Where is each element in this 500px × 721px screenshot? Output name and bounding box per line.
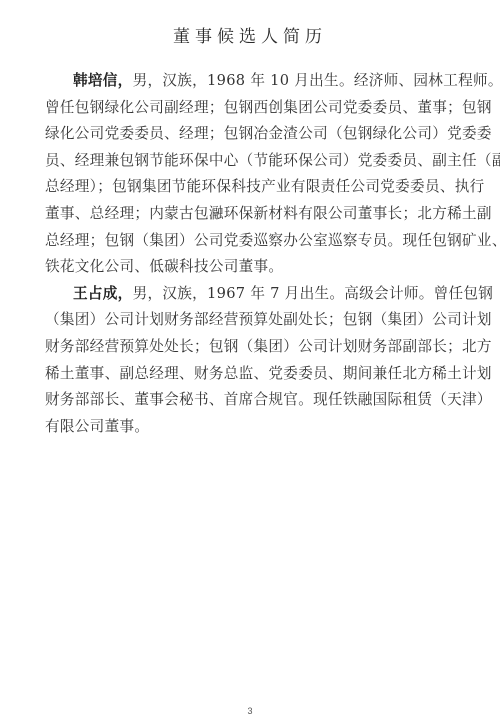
page-number: 3	[0, 706, 500, 716]
bio-line: 财务部部长、董事会秘书、首席合规官。现任铁融国际租赁（天津）	[45, 387, 457, 414]
bio-line: 稀土董事、副总经理、财务总监、党委委员、期间兼任北方稀土计划	[45, 361, 457, 388]
candidate-name: 韩培信，	[73, 72, 133, 89]
candidate-bio-2: 王占成，男，汉族，1967 年 7 月出生。高级会计师。曾任包钢 （集团）公司计…	[45, 281, 457, 441]
bio-line: 绿化公司党委委员、经理；包钢冶金渣公司（包钢绿化公司）党委委	[45, 121, 457, 148]
bio-line: 有限公司董事。	[45, 414, 457, 441]
bio-line: 韩培信，男，汉族，1968 年 10 月出生。经济师、园林工程师。	[45, 68, 457, 95]
bio-text: 男，汉族，1967 年 7 月出生。高级会计师。曾任包钢	[133, 285, 494, 302]
document-body: 韩培信，男，汉族，1968 年 10 月出生。经济师、园林工程师。 曾任包钢绿化…	[45, 68, 457, 440]
candidate-bio-1: 韩培信，男，汉族，1968 年 10 月出生。经济师、园林工程师。 曾任包钢绿化…	[45, 68, 457, 281]
bio-line: 总经理）；包钢集团节能环保科技产业有限责任公司党委委员、执行	[45, 174, 457, 201]
bio-line: （集团）公司计划财务部经营预算处副处长；包钢（集团）公司计划	[45, 307, 457, 334]
bio-text: 男，汉族，1968 年 10 月出生。经济师、园林工程师。	[133, 72, 500, 89]
bio-line: 王占成，男，汉族，1967 年 7 月出生。高级会计师。曾任包钢	[45, 281, 457, 308]
bio-line: 总经理；包钢（集团）公司党委巡察办公室巡察专员。现任包钢矿业、	[45, 228, 457, 255]
bio-line: 员、经理兼包钢节能环保中心（节能环保公司）党委委员、副主任（副	[45, 148, 457, 175]
bio-line: 铁花文化公司、低碳科技公司董事。	[45, 254, 457, 281]
document-title: 董事候选人简历	[0, 22, 500, 47]
candidate-name: 王占成，	[73, 285, 133, 302]
bio-line: 董事、总经理；内蒙古包瀜环保新材料有限公司董事长；北方稀土副	[45, 201, 457, 228]
bio-line: 曾任包钢绿化公司副经理；包钢西创集团公司党委委员、董事；包钢	[45, 95, 457, 122]
bio-line: 财务部经营预算处处长；包钢（集团）公司计划财务部副部长；北方	[45, 334, 457, 361]
